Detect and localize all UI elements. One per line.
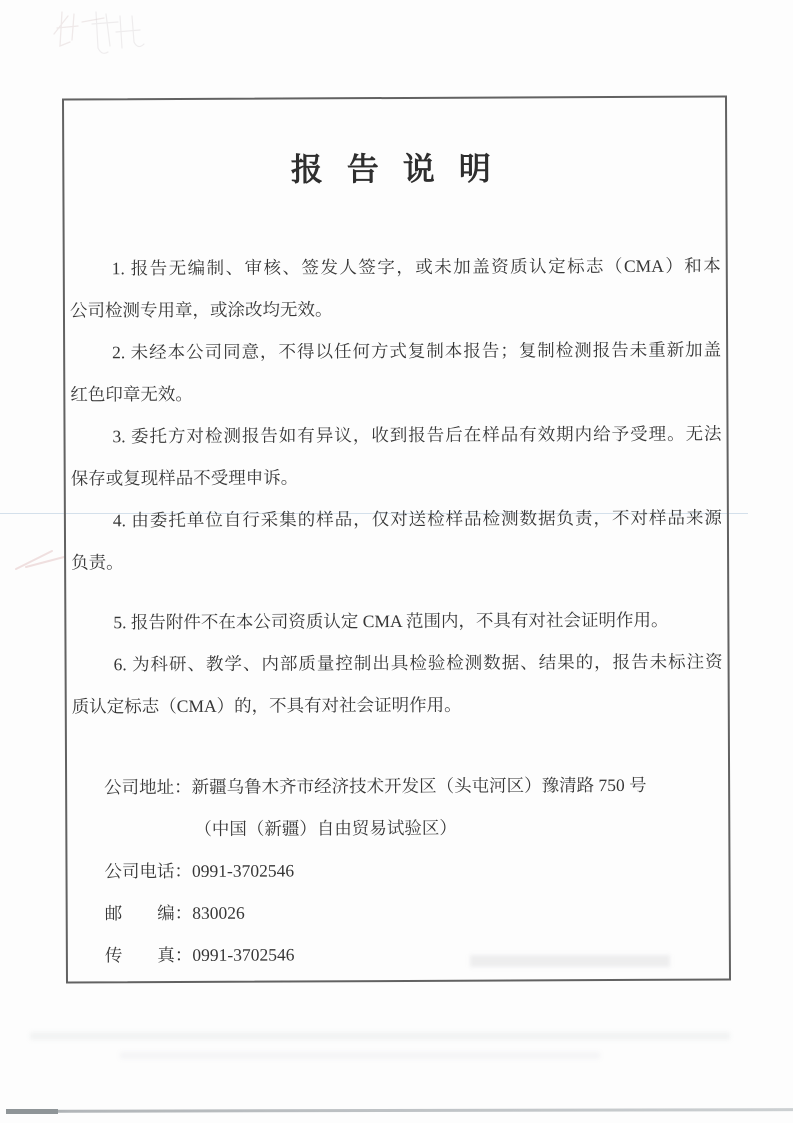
label-colon: ：	[174, 777, 192, 797]
report-notes-border-box: 报 告 说 明 1. 报告无编制、审核、签发人签字，或未加盖资质认定标志（CMA…	[62, 95, 731, 983]
company-contact-block: 公司地址：新疆乌鲁木齐市经济技术开发区（头屯河区）豫清路 750 号 （中国（新…	[104, 764, 724, 977]
company-phone-label: 公司电话	[104, 850, 174, 892]
scan-artifact-handwriting-marks	[48, 2, 168, 72]
scanned-report-page: 报 告 说 明 1. 报告无编制、审核、签发人签字，或未加盖资质认定标志（CMA…	[0, 0, 793, 1123]
note-line: 公司检测专用章，或涂改均无效。	[70, 287, 721, 332]
fax-label: 传真	[105, 934, 175, 976]
company-address-value: 新疆乌鲁木齐市经济技术开发区（头屯河区）豫清路 750 号	[192, 775, 647, 797]
company-address-row-2: （中国（新疆）自由贸易试验区）	[104, 806, 723, 851]
note-item-4: 4. 由委托单位自行采集的样品，仅对送检样品检测数据负责，不对样品来源 负责。	[71, 497, 722, 584]
company-address-row: 公司地址：新疆乌鲁木齐市经济技术开发区（头屯河区）豫清路 750 号	[104, 764, 723, 809]
label-colon: ：	[175, 945, 193, 965]
note-item-5: 5. 报告附件不在本公司资质认定 CMA 范围内，不具有对社会证明作用。	[71, 599, 722, 644]
company-phone-row: 公司电话：0991-3702546	[104, 848, 723, 893]
scan-artifact-pink-streak	[12, 543, 72, 573]
report-notes-content: 报 告 说 明 1. 报告无编制、审核、签发人签字，或未加盖资质认定标志（CMA…	[64, 98, 729, 977]
note-line: 红色印章无效。	[70, 371, 721, 416]
scan-artifact-smudge	[30, 1032, 730, 1040]
note-line: 1. 报告无编制、审核、签发人签字，或未加盖资质认定标志（CMA）和本	[70, 245, 721, 290]
postal-code-value: 830026	[192, 903, 245, 923]
label-colon: ：	[175, 903, 193, 923]
note-line: 3. 委托方对检测报告如有异议，收到报告后在样品有效期内给予受理。无法	[70, 413, 721, 458]
page-title: 报 告 说 明	[69, 146, 720, 193]
fax-row: 传真：0991-3702546	[105, 932, 724, 977]
fax-value: 0991-3702546	[192, 944, 294, 964]
note-line: 保存或复现样品不受理申诉。	[71, 455, 722, 500]
note-line: 质认定标志（CMA）的，不具有对社会证明作用。	[72, 683, 723, 728]
note-item-6: 6. 为科研、教学、内部质量控制出具检验检测数据、结果的，报告未标注资 质认定标…	[71, 641, 722, 728]
scan-artifact-page-edge	[6, 1108, 793, 1113]
note-item-2: 2. 未经本公司同意，不得以任何方式复制本报告；复制检测报告未重新加盖 红色印章…	[70, 329, 721, 416]
scan-artifact-page-edge-cap	[6, 1109, 58, 1114]
note-line: 6. 为科研、教学、内部质量控制出具检验检测数据、结果的，报告未标注资	[71, 641, 722, 686]
note-line: 5. 报告附件不在本公司资质认定 CMA 范围内，不具有对社会证明作用。	[71, 599, 722, 644]
note-item-3: 3. 委托方对检测报告如有异议，收到报告后在样品有效期内给予受理。无法 保存或复…	[70, 413, 721, 500]
label-colon: ：	[174, 861, 192, 881]
company-address-value-line2: （中国（新疆）自由贸易试验区）	[194, 818, 457, 839]
note-item-1: 1. 报告无编制、审核、签发人签字，或未加盖资质认定标志（CMA）和本 公司检测…	[70, 245, 721, 332]
postal-code-label: 邮编	[105, 892, 175, 934]
postal-code-row: 邮编：830026	[105, 890, 724, 935]
company-address-label: 公司地址	[104, 766, 174, 808]
note-line: 负责。	[71, 539, 722, 584]
note-line: 4. 由委托单位自行采集的样品，仅对送检样品检测数据负责，不对样品来源	[71, 497, 722, 542]
company-phone-value: 0991-3702546	[192, 860, 294, 880]
note-line: 2. 未经本公司同意，不得以任何方式复制本报告；复制检测报告未重新加盖	[70, 329, 721, 374]
scan-artifact-smudge	[120, 1052, 600, 1059]
